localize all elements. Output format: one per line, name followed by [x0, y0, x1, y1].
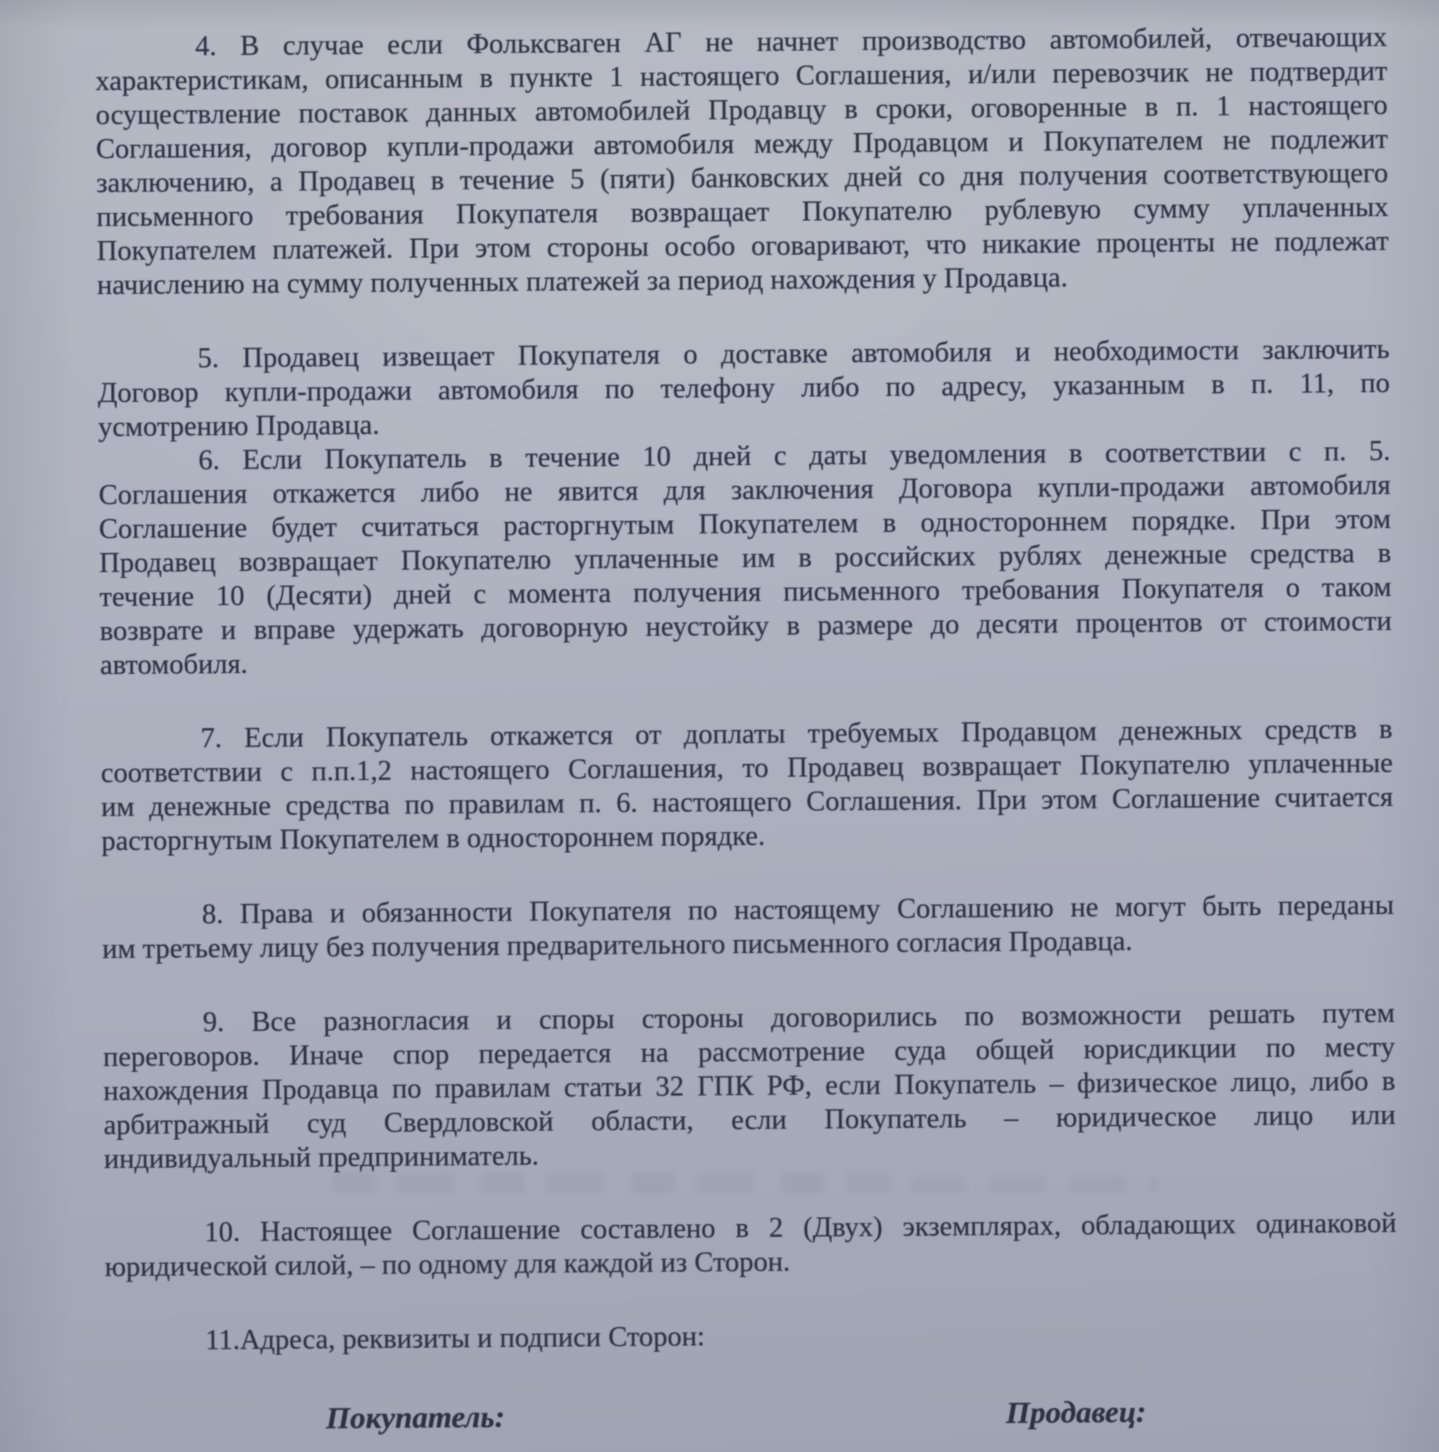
text-line: 11.Адреса, реквизиты и подписи Сторон: — [105, 1315, 1397, 1359]
photographed-document-page: 4. В случае если Фольксваген АГ не начне… — [0, 0, 1439, 1452]
signature-labels-row: Покупатель: Продавец: — [106, 1393, 1398, 1445]
clause-5-paragraph: 5. Продавец извещает Покупателя о достав… — [97, 333, 1390, 445]
seller-signature-label: Продавец: — [1006, 1395, 1147, 1430]
buyer-signature-label: Покупатель: — [326, 1400, 505, 1435]
clauses-container: 4. В случае если Фольксваген АГ не начне… — [95, 21, 1397, 1359]
clause-6-paragraph: 6. Если Покупатель в течение 10 дней с д… — [98, 435, 1392, 683]
clause-10-paragraph: 10. Настоящее Соглашение составлено в 2 … — [104, 1207, 1396, 1285]
agreement-text-block: 4. В случае если Фольксваген АГ не начне… — [95, 21, 1398, 1445]
clause-11-paragraph: 11.Адреса, реквизиты и подписи Сторон: — [105, 1315, 1397, 1359]
clause-8-paragraph: 8. Права и обязанности Покупателя по нас… — [102, 889, 1394, 967]
clause-4-paragraph: 4. В случае если Фольксваген АГ не начне… — [95, 21, 1389, 303]
clause-9-paragraph: 9. Все разногласия и споры стороны догов… — [103, 997, 1396, 1177]
clause-7-paragraph: 7. Если Покупатель откажется от доплаты … — [100, 713, 1393, 859]
